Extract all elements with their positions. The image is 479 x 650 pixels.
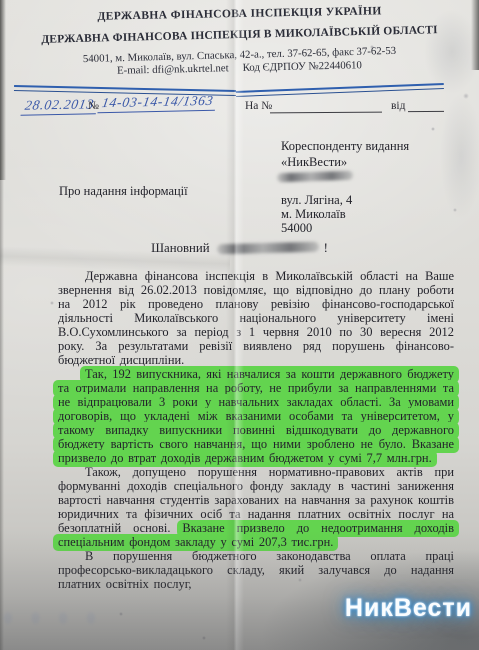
redacted-addressee-name (216, 242, 318, 255)
recipient-publication: «НикВести» (281, 155, 347, 170)
salutation-punctuation: ! (324, 241, 328, 255)
letterhead-org-country: ДЕРЖАВНА ФІНАНСОВА ІНСПЕКЦІЯ УКРАЇНИ (0, 3, 479, 24)
redacted-recipient-name (277, 171, 353, 183)
paragraph-salary-violation: В порушення бюджетного законодавства опл… (58, 549, 454, 591)
letter-body: Державна фінансова інспекція в Миколаївс… (58, 269, 454, 591)
subject-line: Про надання інформації (59, 184, 188, 199)
photo-edge-shadow-left (0, 0, 6, 180)
paragraph-graduates-violation: Так, 192 випускника, які навчалися за ко… (58, 367, 454, 465)
from-date-blank-line (408, 111, 444, 112)
paper-texture-mottling (389, 0, 479, 260)
letterhead-org-regional: ДЕРЖАВНА ФІНАНСОВА ІНСПЕКЦІЯ В МИКОЛАЇВС… (0, 23, 479, 47)
letterhead-email: E-mail: dfi@nk.ukrtel.net (117, 62, 229, 77)
recipient-street: вул. Лягіна, 4 (281, 193, 352, 208)
handwritten-outgoing-number: 14-03-14-14/1363 (97, 93, 217, 113)
incoming-number-blank-line (270, 112, 382, 114)
paragraph-text: В порушення бюджетного законодавства опл… (58, 549, 454, 591)
paragraph-text: Державна фінансова інспекція в Миколаївс… (58, 269, 454, 367)
incoming-number-label: На № (245, 100, 272, 112)
salutation-line: Шановний! (0, 241, 479, 256)
recipient-city: м. Миколаїв (281, 207, 346, 222)
ink-bleed-through-marks: 0 0 0 0 (4, 612, 124, 630)
scanned-letter-photo: ДЕРЖАВНА ФІНАНСОВА ІНСПЕКЦІЯ УКРАЇНИ ДЕР… (0, 0, 479, 650)
nikvesti-watermark-logo: НикВести (345, 594, 472, 623)
handwritten-date: 28.02.2013 (20, 96, 98, 116)
letterhead-divider-line-right (236, 83, 444, 99)
salutation-prefix: Шановний (151, 241, 209, 255)
paragraph-special-fund-violation: Також, допущено порушення нормативно-пра… (58, 465, 454, 549)
green-marker-highlighted-text: Так, 192 випускника, які навчалися за ко… (53, 366, 459, 467)
recipient-postcode: 54000 (281, 221, 312, 236)
letterhead-edrpou-code: Код ЄДРПОУ №22440610 (243, 59, 363, 74)
recipient-line: Кореспонденту видання (281, 139, 409, 154)
paragraph-audit-intro: Державна фінансова інспекція в Миколаївс… (58, 269, 454, 367)
from-date-label: від (391, 100, 405, 112)
